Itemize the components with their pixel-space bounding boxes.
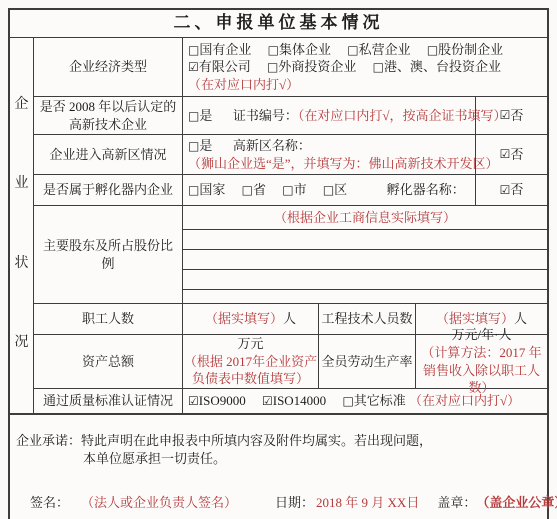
option-label: 股份制企业 — [438, 42, 503, 57]
checkbox-foreign-invested[interactable]: □外商投资企业 — [267, 59, 356, 74]
checkbox-no[interactable]: ☑否 — [475, 175, 547, 205]
checkbox-icon[interactable]: □ — [188, 183, 199, 197]
option-label: 否 — [510, 107, 523, 125]
economic-type-options: □国有企业 □集体企业 □私营企业 □股份制企业 ☑有限公司 □外商投资企业 □… — [183, 38, 547, 96]
promise-line1: 特此声明在此申报表中所填内容及附件均属实。若出现问题， — [81, 433, 432, 448]
option-label: 否 — [510, 181, 523, 199]
fill-hint: （根据 2017年企业资产负债表中数值填写） — [183, 353, 318, 388]
row-hightech: 是否 2008 年以后认定的 高新技术企业 □是 证书编号：（在对应口内打√，按… — [34, 97, 547, 135]
checkbox-icon[interactable]: □ — [323, 183, 334, 197]
checkbox-yes[interactable]: □是 — [188, 138, 212, 153]
checkbox-icon[interactable]: □ — [188, 43, 199, 57]
basic-info-table: 企 业 状 况 企业经济类型 □国有企业 □集体企业 □私营企业 □股份制企业 — [10, 38, 547, 415]
option-label: 有限公司 — [199, 59, 251, 74]
checkbox-checked-icon[interactable]: ☑ — [262, 394, 273, 408]
option-label: 是 — [199, 138, 212, 153]
checkbox-checked-icon[interactable]: ☑ — [500, 107, 511, 123]
option-label: 是 — [199, 108, 212, 123]
promise-line2: 本单位愿承担一切责任。 — [83, 450, 539, 468]
side-vertical-label: 企 业 状 况 — [10, 38, 34, 413]
date-label: 日期： — [275, 494, 314, 512]
option-label: 港、澳、台投资企业 — [384, 59, 501, 74]
checkbox-iso9000[interactable]: ☑ISO9000 — [188, 393, 246, 408]
checkbox-icon[interactable]: □ — [342, 394, 353, 408]
total-assets-label: 资产总额 — [34, 335, 183, 388]
total-assets-value[interactable]: 万元 （根据 2017年企业资产负债表中数值填写） — [183, 335, 318, 388]
side-char: 企 — [15, 96, 29, 115]
hightech-label-line2: 高新技术企业 — [69, 116, 147, 134]
hightech-label-line1: 是否 2008 年以后认定的 — [40, 98, 177, 116]
row-shareholders: 主要股东及所占股份比例 （根据企业工商信息实际填写） — [34, 206, 547, 304]
shareholder-blank-row[interactable] — [183, 270, 547, 290]
unit-label: 万元 — [183, 335, 318, 353]
option-label: 国家 — [199, 182, 225, 197]
checkbox-icon[interactable]: □ — [188, 109, 199, 123]
shareholders-content: （根据企业工商信息实际填写） — [183, 206, 547, 303]
promise-prefix: 企业承诺： — [16, 433, 81, 448]
checkbox-district[interactable]: □区 — [323, 182, 347, 197]
enterprise-promise: 企业承诺：特此声明在此申报表中所填内容及附件均属实。若出现问题， 本单位愿承担一… — [16, 432, 539, 467]
option-label: 省 — [253, 182, 266, 197]
option-label: ISO9000 — [199, 393, 246, 408]
fill-hint: （据实填写） — [205, 310, 283, 328]
labor-productivity-label: 全员劳动生产率 — [318, 335, 416, 388]
table-rows: 企业经济类型 □国有企业 □集体企业 □私营企业 □股份制企业 ☑有限公司 □外… — [34, 38, 547, 413]
checkbox-hk-mo-tw[interactable]: □港、澳、台投资企业 — [373, 59, 501, 74]
seal-label: 盖章： — [437, 494, 476, 512]
staff-count-label: 职工人数 — [34, 304, 183, 334]
checkbox-iso14000[interactable]: ☑ISO14000 — [262, 393, 326, 408]
option-label: 否 — [510, 146, 523, 164]
option-label: 区 — [334, 182, 347, 197]
economic-type-label: 企业经济类型 — [34, 38, 183, 96]
checkbox-icon[interactable]: □ — [268, 43, 279, 57]
row-economic-type: 企业经济类型 □国有企业 □集体企业 □私营企业 □股份制企业 ☑有限公司 □外… — [34, 38, 547, 97]
unit-label: 人 — [283, 310, 296, 328]
option-label: 私营企业 — [359, 42, 411, 57]
option-label: 外商投资企业 — [278, 59, 356, 74]
fill-hint: （狮山企业选“是”，并填写为：佛山高新技术开发区） — [188, 155, 470, 173]
checkbox-icon[interactable]: □ — [267, 60, 278, 74]
zone-name-label: 高新区名称： — [233, 138, 311, 153]
checkbox-no[interactable]: ☑否 — [475, 97, 547, 134]
checkbox-checked-icon[interactable]: ☑ — [500, 182, 511, 198]
shareholder-blank-row[interactable] — [183, 250, 547, 270]
form-outer-border: 二、申报单位基本情况 企 业 状 况 企业经济类型 □国有企业 □集体企业 □私… — [8, 8, 549, 519]
checkbox-icon[interactable]: □ — [282, 183, 293, 197]
checkbox-icon[interactable]: □ — [427, 43, 438, 57]
shareholder-blank-row[interactable] — [183, 230, 547, 250]
engineer-count-label: 工程技术人员数 — [318, 304, 416, 334]
checkbox-icon[interactable]: □ — [188, 139, 199, 153]
signature-row: 签名： （法人或企业负责人签名） 日期： 2018 年 9 月 XX日 盖章： … — [10, 494, 547, 512]
checkbox-icon[interactable]: □ — [242, 183, 253, 197]
row-quality: 通过质量标准认证情况 ☑ISO9000 ☑ISO14000 □其它标准 （在对应… — [34, 389, 547, 413]
unit-label: 万元/年·人 — [452, 326, 512, 344]
fill-hint: （在对应口内打√） — [409, 393, 520, 408]
hizone-label: 企业进入高新区情况 — [34, 135, 183, 174]
option-label: 国有企业 — [199, 42, 251, 57]
unit-label: 人 — [514, 311, 527, 326]
checkbox-joint-stock[interactable]: □股份制企业 — [427, 42, 503, 57]
option-label: 市 — [294, 182, 307, 197]
checkbox-yes[interactable]: □是 — [188, 108, 212, 123]
checkbox-city[interactable]: □市 — [282, 182, 306, 197]
checkbox-other-standard[interactable]: □其它标准 — [342, 393, 405, 408]
hightech-content: □是 证书编号：（在对应口内打√，按高企证书填写） — [183, 97, 475, 134]
quality-cert-label: 通过质量标准认证情况 — [34, 389, 183, 413]
seal-field[interactable]: （盖企业公章） — [476, 494, 557, 512]
checkbox-limited-company[interactable]: ☑有限公司 — [188, 59, 251, 74]
hizone-content: □是 高新区名称： （狮山企业选“是”，并填写为：佛山高新技术开发区） — [183, 135, 475, 174]
checkbox-private[interactable]: □私营企业 — [347, 42, 410, 57]
checkbox-icon[interactable]: □ — [347, 43, 358, 57]
side-char: 况 — [15, 334, 29, 353]
row-assets: 资产总额 万元 （根据 2017年企业资产负债表中数值填写） 全员劳动生产率 万… — [34, 335, 547, 389]
incubator-content: □国家 □省 □市 □区 孵化器名称： — [183, 175, 475, 205]
fill-hint: （根据企业工商信息实际填写） — [183, 206, 547, 230]
checkbox-province[interactable]: □省 — [242, 182, 266, 197]
shareholders-label: 主要股东及所占股份比例 — [34, 206, 183, 303]
fill-hint: （据实填写） — [436, 311, 514, 326]
checkbox-icon[interactable]: □ — [373, 60, 384, 74]
checkbox-state-owned[interactable]: □国有企业 — [188, 42, 251, 57]
date-value[interactable]: 2018 年 9 月 XX日 — [316, 494, 419, 512]
checkbox-national[interactable]: □国家 — [188, 182, 225, 197]
shareholder-blank-row[interactable] — [183, 290, 547, 303]
sign-label: 签名： — [30, 494, 69, 512]
option-label: 集体企业 — [279, 42, 331, 57]
checkbox-collective[interactable]: □集体企业 — [268, 42, 331, 57]
cert-number-label: 证书编号： — [233, 108, 298, 123]
side-char: 状 — [15, 255, 29, 274]
sign-field[interactable]: （法人或企业负责人签名） — [81, 494, 237, 512]
checkbox-checked-icon[interactable]: ☑ — [500, 146, 511, 162]
fill-hint: （在对应口内打√） — [188, 76, 542, 94]
staff-count-value[interactable]: （据实填写）人 — [183, 304, 318, 334]
option-label: 其它标准 — [354, 393, 406, 408]
checkbox-checked-icon[interactable]: ☑ — [188, 60, 199, 74]
incubator-label: 是否属于孵化器内企业 — [34, 175, 183, 205]
incubator-name-label: 孵化器名称： — [387, 182, 465, 197]
form-page: 二、申报单位基本情况 企 业 状 况 企业经济类型 □国有企业 □集体企业 □私… — [0, 0, 557, 519]
hightech-label: 是否 2008 年以后认定的 高新技术企业 — [34, 97, 183, 134]
checkbox-checked-icon[interactable]: ☑ — [188, 394, 199, 408]
row-hizone: 企业进入高新区情况 □是 高新区名称： （狮山企业选“是”，并填写为：佛山高新技… — [34, 135, 547, 175]
quality-cert-content: ☑ISO9000 ☑ISO14000 □其它标准 （在对应口内打√） — [183, 389, 547, 413]
section-title: 二、申报单位基本情况 — [10, 10, 547, 38]
row-incubator: 是否属于孵化器内企业 □国家 □省 □市 □区 孵化器名称： ☑否 — [34, 175, 547, 206]
option-label: ISO14000 — [273, 393, 326, 408]
labor-productivity-value[interactable]: 万元/年·人 （计算方法：2017 年销售收入除以职工人数） — [416, 335, 547, 388]
checkbox-no[interactable]: ☑否 — [475, 135, 547, 174]
side-char: 业 — [15, 175, 29, 194]
